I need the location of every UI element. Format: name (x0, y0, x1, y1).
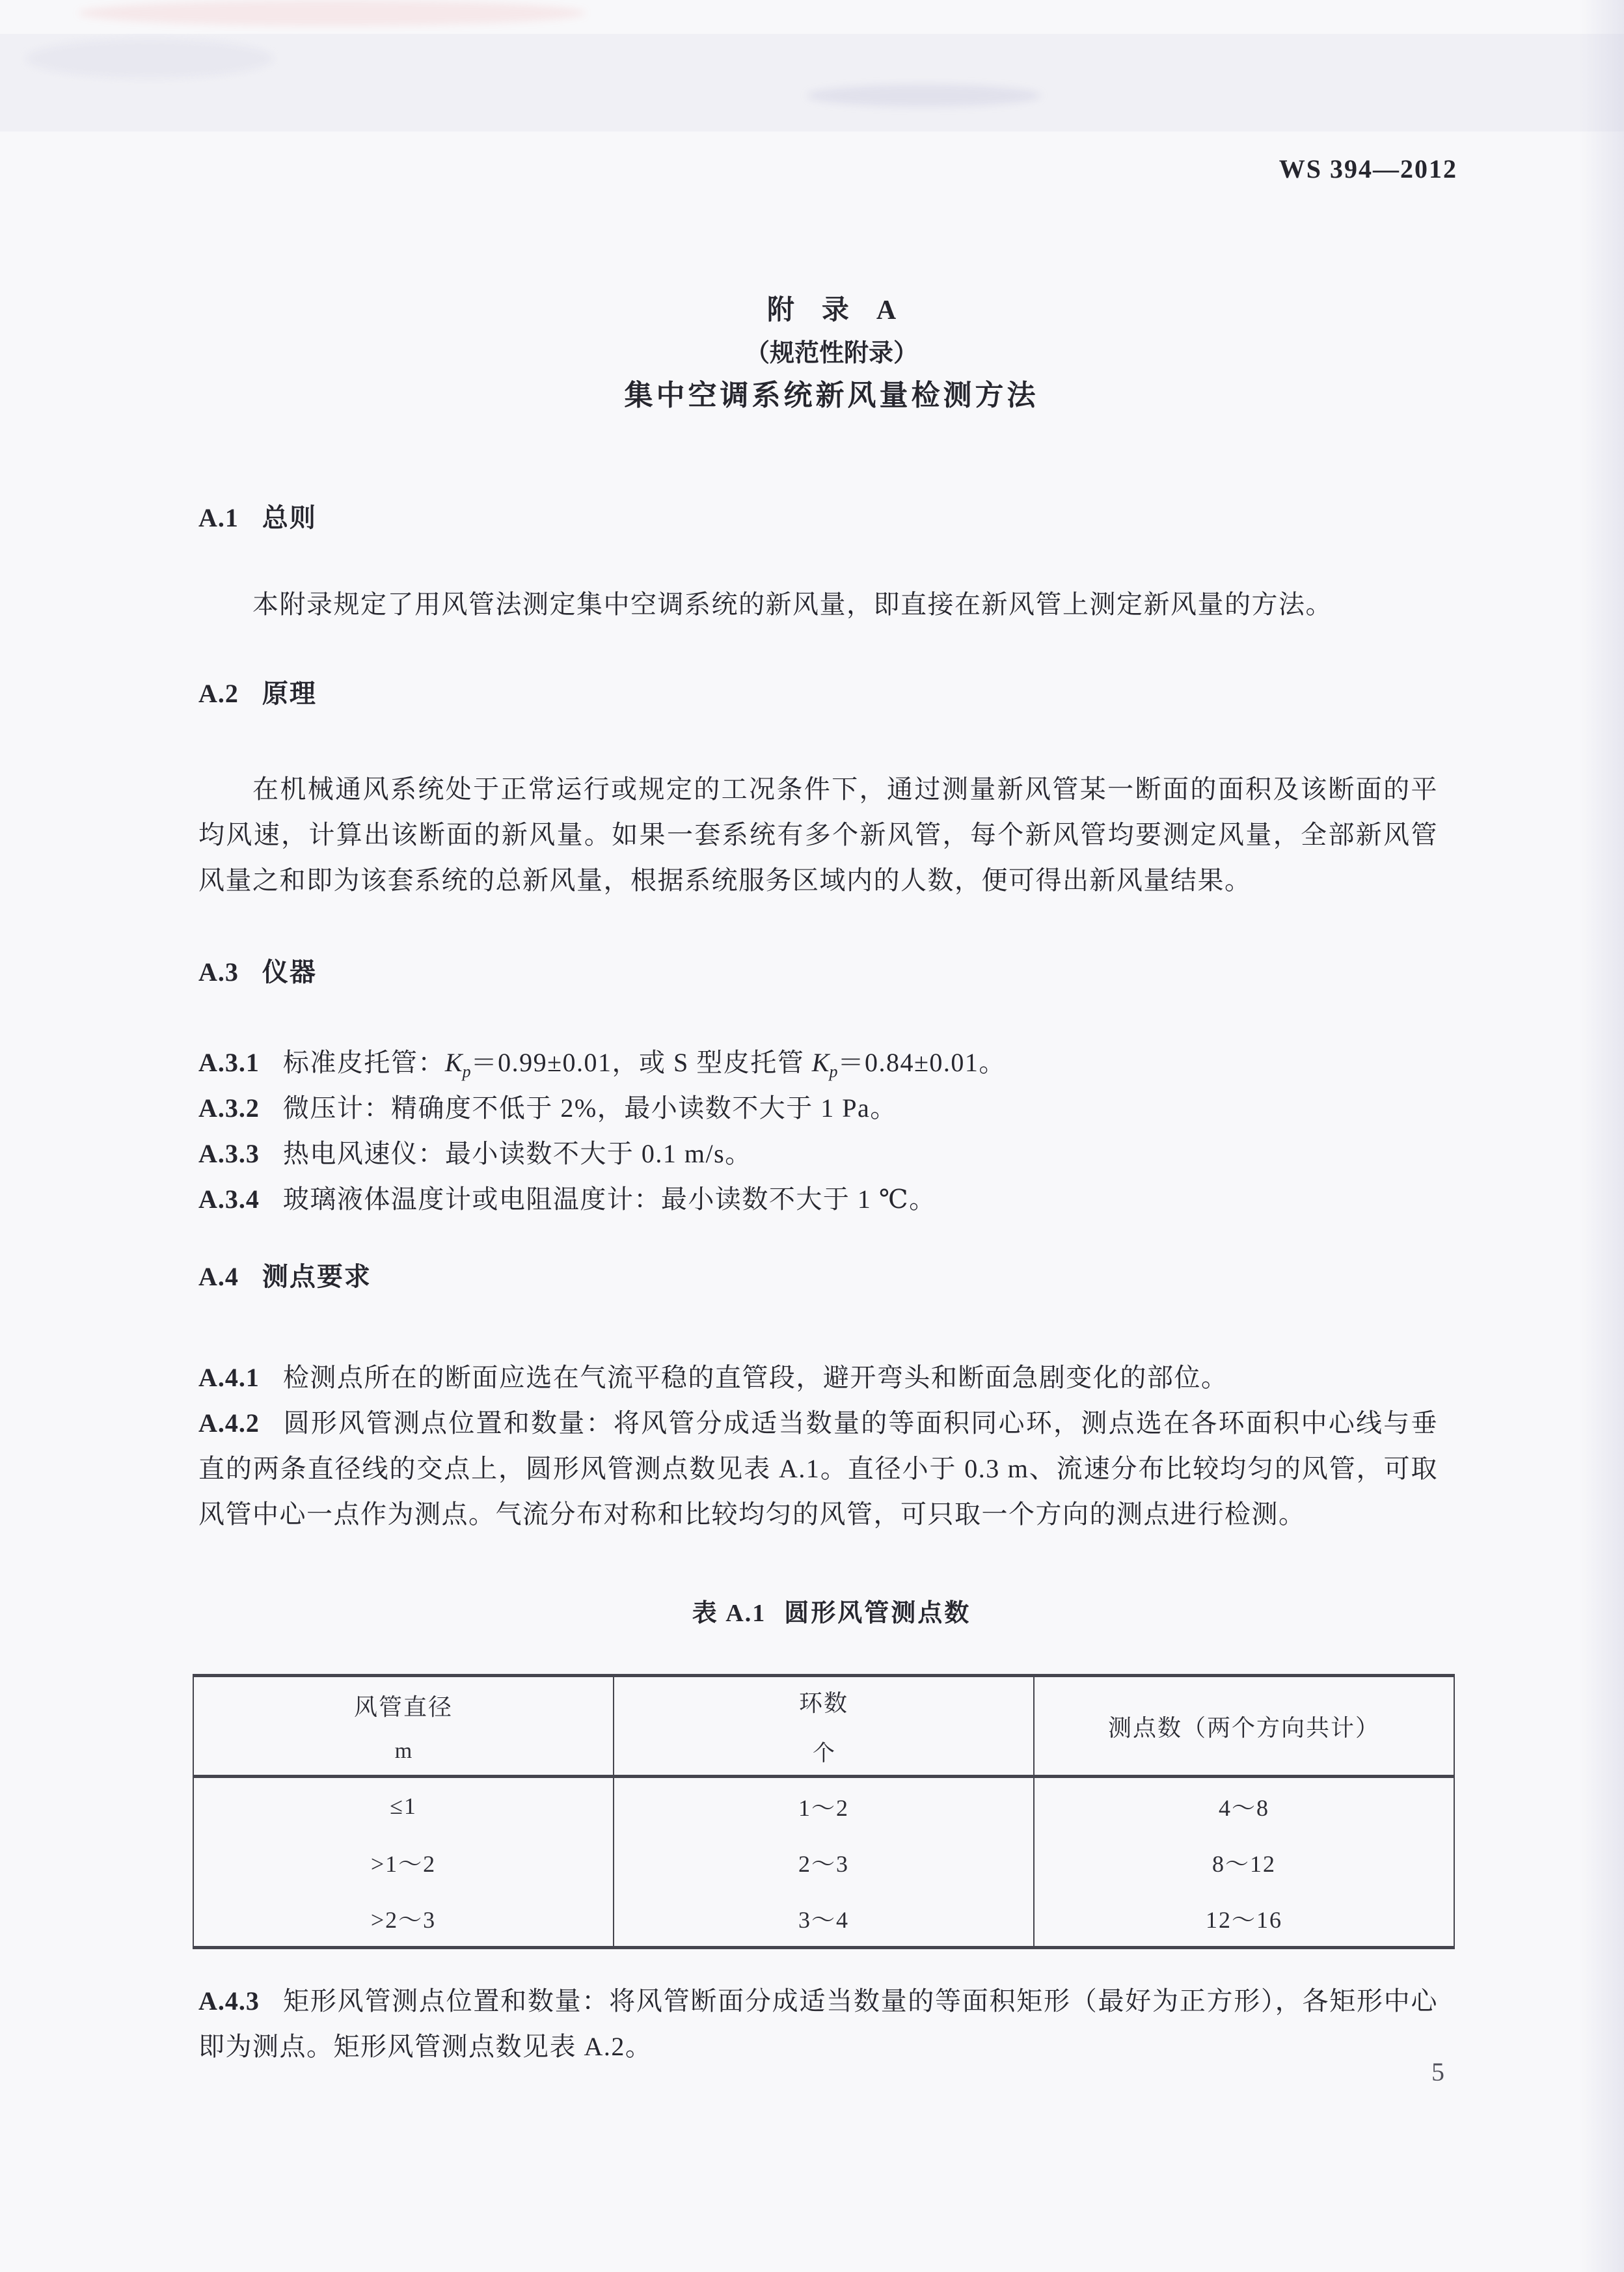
scan-artifact (78, 0, 586, 26)
scan-edge-shading (1578, 0, 1624, 2272)
clause-number: A.4.3 (198, 1986, 260, 2016)
standard-code: WS 394—2012 (1106, 154, 1457, 184)
section-a1-paragraph: 本附录规定了用风管法测定集中空调系统的新风量，即直接在新风管上测定新风量的方法。 (198, 582, 1438, 627)
column-unit: 个 (614, 1735, 1033, 1767)
clause-number: A.4.2 (198, 1408, 260, 1438)
appendix-title-block: 附 录 A （规范性附录） 集中空调系统新风量检测方法 (194, 297, 1469, 410)
column-unit: m (194, 1739, 613, 1764)
col-measure-points: 测点数（两个方向共计） (1034, 1676, 1454, 1777)
clause-text: ＝0.99±0.01，或 S 型皮托管 (471, 1048, 812, 1077)
section-a2-heading: A.2原理 (198, 681, 317, 707)
col-ring-count: 环数 个 (614, 1676, 1034, 1777)
cell: ≤1 (193, 1777, 614, 1835)
cell: >2～3 (193, 1890, 614, 1948)
variable-k: K (445, 1048, 463, 1077)
instrument-list: A.3.1标准皮托管：Kp＝0.99±0.01，或 S 型皮托管 Kp＝0.84… (198, 1040, 1438, 1222)
appendix-label: 附 录 A (194, 297, 1469, 324)
page-number: 5 (1275, 2057, 1444, 2087)
table-row: ≤1 1～2 4～8 (193, 1777, 1454, 1835)
subscript-p: p (463, 1062, 471, 1081)
clause-text: 标准皮托管： (283, 1048, 445, 1077)
cell: 12～16 (1034, 1890, 1454, 1948)
table-header-row: 风管直径 m 环数 个 测点数（两个方向共计） (193, 1676, 1454, 1777)
column-name: 环数 (614, 1685, 1033, 1718)
appendix-type: （规范性附录） (194, 341, 1469, 366)
clause-number: A.3.3 (198, 1139, 260, 1168)
table-a1-header: 风管直径 m 环数 个 测点数（两个方向共计） (193, 1676, 1454, 1777)
table-a1: 风管直径 m 环数 个 测点数（两个方向共计） ≤1 1～2 4～8 >1～2 (193, 1674, 1455, 1949)
section-a3-heading: A.3仪器 (198, 959, 317, 985)
clause-text: 热电风速仪：最小读数不大于 0.1 m/s。 (283, 1139, 752, 1168)
clause-a313: A.3.3热电风速仪：最小读数不大于 0.1 m/s。 (198, 1131, 1438, 1177)
scan-artifact (807, 85, 1041, 107)
cell: 8～12 (1034, 1834, 1454, 1890)
cell: 1～2 (614, 1777, 1034, 1835)
clause-title: 测点要求 (262, 1262, 372, 1291)
clause-number: A.4.1 (198, 1363, 260, 1392)
col-duct-diameter: 风管直径 m (193, 1676, 614, 1777)
cell: 3～4 (614, 1890, 1034, 1948)
document-page: WS 394—2012 附 录 A （规范性附录） 集中空调系统新风量检测方法 … (0, 0, 1624, 2272)
clause-number: A.1 (198, 503, 239, 532)
clause-title: 仪器 (262, 957, 317, 987)
variable-k: K (812, 1048, 830, 1077)
appendix-name: 集中空调系统新风量检测方法 (194, 381, 1469, 410)
clause-text: 圆形风管测点位置和数量：将风管分成适当数量的等面积同心环，测点选在各环面积中心线… (198, 1408, 1438, 1529)
table-row: >2～3 3～4 12～16 (193, 1890, 1454, 1948)
clause-a43: A.4.3矩形风管测点位置和数量：将风管断面分成适当数量的等面积矩形（最好为正方… (198, 1978, 1438, 2070)
table-a1-body: ≤1 1～2 4～8 >1～2 2～3 8～12 >2～3 3～4 12～16 (193, 1777, 1454, 1948)
clause-text: 微压计：精确度不低于 2%，最小读数不大于 1 Pa。 (283, 1093, 897, 1123)
section-a1-heading: A.1总则 (198, 505, 317, 531)
clause-a42: A.4.2圆形风管测点位置和数量：将风管分成适当数量的等面积同心环，测点选在各环… (198, 1401, 1438, 1537)
clause-number: A.2 (198, 679, 239, 708)
subscript-p: p (829, 1062, 837, 1081)
clause-number: A.3.1 (198, 1048, 260, 1077)
table-row: >1～2 2～3 8～12 (193, 1834, 1454, 1890)
clause-text: 玻璃液体温度计或电阻温度计：最小读数不大于 1 ℃。 (283, 1184, 936, 1214)
scan-artifact (26, 39, 273, 78)
clause-title: 总则 (262, 503, 317, 532)
table-caption-label: 表 A.1 (692, 1600, 766, 1627)
cell: 4～8 (1034, 1777, 1454, 1835)
clause-text: 检测点所在的断面应选在气流平稳的直管段，避开弯头和断面急剧变化的部位。 (283, 1363, 1228, 1392)
clause-text: ＝0.84±0.01。 (837, 1048, 1005, 1077)
cell: >1～2 (193, 1834, 614, 1890)
table-caption-text: 圆形风管测点数 (784, 1600, 971, 1627)
clause-number: A.3.2 (198, 1093, 260, 1123)
section-a4-heading: A.4测点要求 (198, 1264, 372, 1290)
cell: 2～3 (614, 1834, 1034, 1890)
clause-a311: A.3.1标准皮托管：Kp＝0.99±0.01，或 S 型皮托管 Kp＝0.84… (198, 1040, 1438, 1086)
column-name: 测点数（两个方向共计） (1035, 1710, 1454, 1743)
clause-a312: A.3.2微压计：精确度不低于 2%，最小读数不大于 1 Pa。 (198, 1086, 1438, 1131)
clause-number: A.4 (198, 1262, 239, 1291)
clause-title: 原理 (262, 679, 317, 708)
clause-number: A.3 (198, 957, 239, 987)
clause-a314: A.3.4玻璃液体温度计或电阻温度计：最小读数不大于 1 ℃。 (198, 1177, 1438, 1222)
clause-a41: A.4.1检测点所在的断面应选在气流平稳的直管段，避开弯头和断面急剧变化的部位。 (198, 1355, 1438, 1401)
column-name: 风管直径 (194, 1689, 613, 1722)
table-a1-caption: 表 A.1圆形风管测点数 (194, 1601, 1469, 1626)
clause-text: 矩形风管测点位置和数量：将风管断面分成适当数量的等面积矩形（最好为正方形），各矩… (198, 1986, 1438, 2061)
section-a2-paragraph: 在机械通风系统处于正常运行或规定的工况条件下，通过测量新风管某一断面的面积及该断… (198, 767, 1438, 903)
clause-number: A.3.4 (198, 1184, 260, 1214)
